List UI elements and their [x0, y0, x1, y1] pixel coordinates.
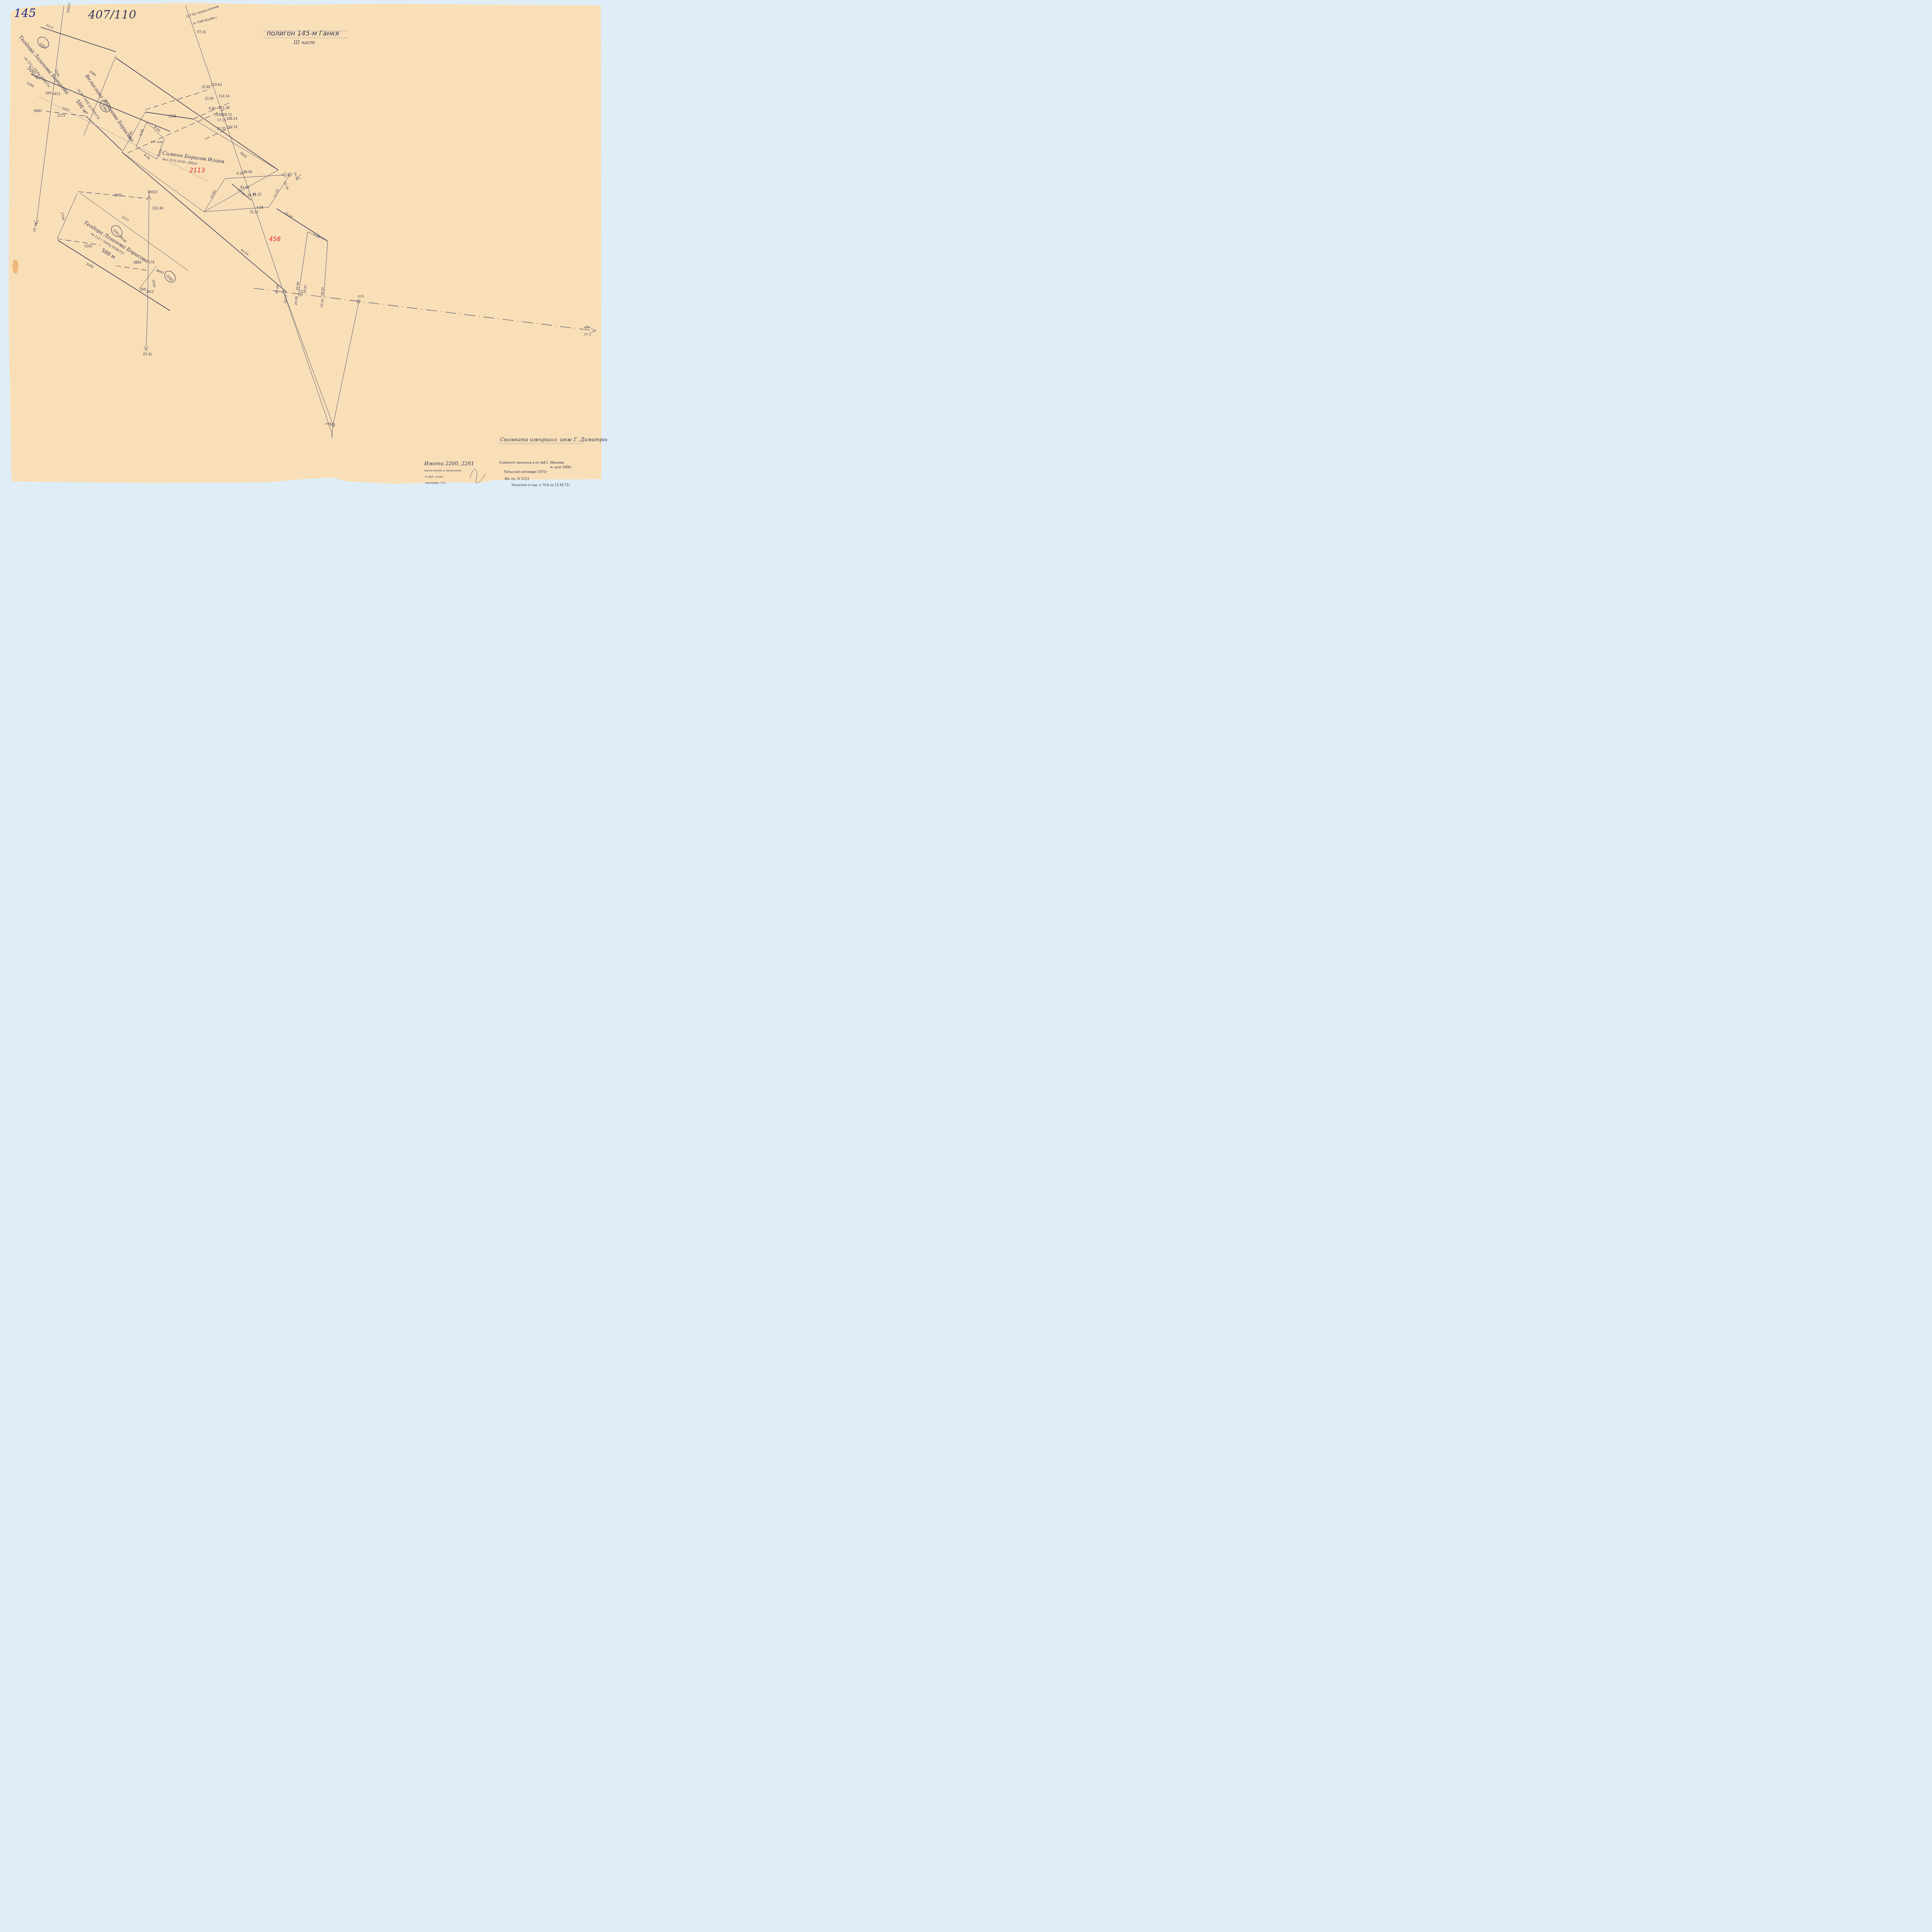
chainage-offset-3: 9.80 — [209, 107, 216, 111]
mark-6-50: 6.50 — [236, 172, 243, 175]
note-plotted-cad: Нанесено в кад. л. IV-8 на 13.XII.71г. — [512, 483, 571, 487]
parcel-number-458: 458 — [269, 235, 281, 243]
left-note-line-3: в кад. план — [425, 475, 443, 478]
detail-dim-179: 179 — [148, 261, 154, 264]
chainage-station-6: 103.74 — [226, 126, 237, 129]
left-note-line-2: попълнени и нанесени — [424, 469, 461, 472]
parcel-number-2113: 2113 — [189, 167, 205, 174]
dim-6683: 6683 — [34, 109, 42, 113]
detail-dim-2591: 2591 — [114, 194, 122, 197]
paper-stain — [12, 260, 19, 274]
dim-269: 269 — [46, 92, 51, 95]
chainage-offset-1: 22.85 — [202, 85, 211, 89]
detail-dim-8883: 8883 — [134, 261, 141, 264]
chainage-station-1: 119.63 — [211, 83, 222, 87]
mark-88-94: 88.94 — [243, 170, 252, 174]
dim-1560: 1560 — [168, 115, 176, 118]
note-checked: Попълнил октомври 1971г — [504, 470, 547, 474]
station-label-pt41: ПТ 41 — [143, 353, 152, 356]
left-note-line-4: ноември 71г. — [425, 481, 447, 485]
chainage-station-2: 114.14 — [219, 95, 230, 98]
drawing-subtitle: III част — [293, 40, 315, 46]
sheet-number: 145 — [14, 7, 36, 20]
detail-dim-3193: 3193 — [84, 245, 92, 248]
survey-sheet: 145 407/110 19013 полигон 145-м Ганкя II… — [0, 0, 607, 490]
mark-75-37: 75.37 — [250, 211, 259, 214]
chainage-offset-5: 17.15 — [217, 119, 226, 122]
top-note-line-3: ПТ 41 — [197, 31, 206, 34]
chainage-station-4: 108.72 — [221, 113, 232, 117]
left-note-line-1: Имоти 2260, 2261 — [424, 461, 474, 467]
chainage-station-5: 108.24 — [226, 117, 237, 121]
station-label-pt3: пт3 — [358, 295, 364, 298]
note-surveyor: Снимката извършил: инж Г. Димитров — [500, 437, 607, 443]
baseline-end-label: к8м — [584, 326, 590, 329]
mark-81-22: 81.22 — [253, 193, 262, 196]
building-label: 1½ мж — [151, 140, 163, 144]
note-register: Им. пр. IV 2113 — [505, 477, 529, 481]
station-center-pt4 — [333, 425, 333, 425]
mark-83-69: 83.69 — [240, 186, 249, 189]
detail-chainage-103-38: 103.38 — [152, 207, 163, 210]
detail-north-marker: 19013 — [148, 190, 157, 194]
detail-dim-269: 269 — [140, 288, 146, 291]
note-plotted: Снимката нанесена в кл №8 С. Иванова — [499, 461, 564, 464]
mark-4-56: 4.56 — [257, 206, 264, 209]
paper-sheet — [9, 3, 602, 484]
archive-ref: 407/110 — [88, 8, 136, 22]
detail-dim-3411: 3411 — [146, 290, 154, 294]
note-plotted-date: м. юли 1969г. — [550, 466, 573, 469]
station-label-pt4: пт4 — [325, 422, 331, 426]
station-label-pt2: пт 2 — [584, 333, 591, 336]
station-center-pt3 — [358, 301, 359, 302]
dim-1273: 1273 — [57, 114, 65, 117]
chainage-offset-2: 23.00 — [205, 97, 214, 100]
dim-3411: 3411 — [53, 92, 60, 96]
survey-drawing: 145 407/110 19013 полигон 145-м Ганкя II… — [0, 0, 607, 490]
